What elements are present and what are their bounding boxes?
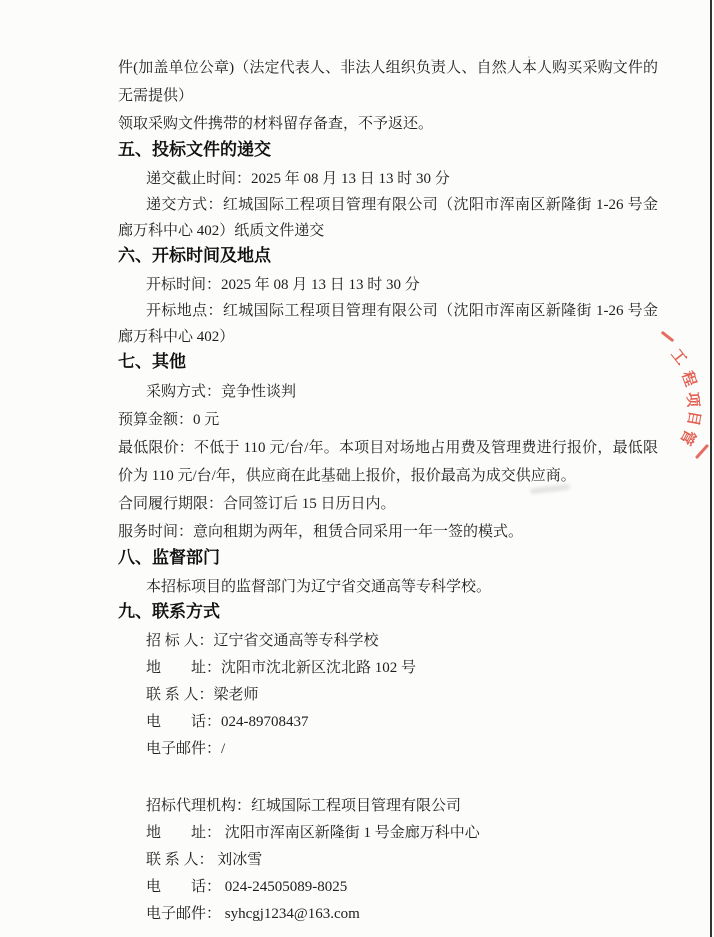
contract-period-line: 合同履行期限：合同签订后 15 日历日内。 xyxy=(118,490,658,518)
procurement-method-line: 采购方式：竞争性谈判 xyxy=(118,378,658,406)
tenderer-phone-line: 电 话：024-89708437 xyxy=(118,709,658,736)
agency-line: 招标代理机构：红城国际工程项目管理有限公司 xyxy=(118,793,658,820)
section-9-heading: 九、联系方式 xyxy=(118,600,658,624)
bid-opening-time-line: 开标时间：2025 年 08 月 13 日 13 时 30 分 xyxy=(118,272,658,298)
budget-line: 预算金额：0 元 xyxy=(118,406,658,434)
tenderer-contact-person-line: 联 系 人：梁老师 xyxy=(118,682,658,709)
agency-contact-block: 招标代理机构：红城国际工程项目管理有限公司 地 址： 沈阳市浑南区新隆街 1 号… xyxy=(118,793,658,928)
tenderer-email-line: 电子邮件：/ xyxy=(118,736,658,763)
section-8-heading: 八、监督部门 xyxy=(118,546,658,570)
scanned-document-page: 件(加盖单位公章)（法定代表人、非法人组织负责人、自然人本人购买采购文件的无需提… xyxy=(0,0,714,928)
scan-speck xyxy=(431,59,434,61)
supervision-department-line: 本招标项目的监督部门为辽宁省交通高等专科学校。 xyxy=(118,574,658,600)
minimum-price-line: 最低限价：不低于 110 元/台/年。本项目对场地占用费及管理费进行报价，最低限… xyxy=(118,434,658,490)
agency-phone-line: 电 话： 024-24505089-8025 xyxy=(118,874,658,901)
tenderer-line: 招 标 人：辽宁省交通高等专科学校 xyxy=(118,628,658,655)
intro-line-1: 件(加盖单位公章)（法定代表人、非法人组织负责人、自然人本人购买采购文件的无需提… xyxy=(118,54,658,110)
submission-deadline-line: 递交截止时间：2025 年 08 月 13 日 13 时 30 分 xyxy=(118,166,658,192)
agency-contact-person-line: 联 系 人： 刘冰雪 xyxy=(118,847,658,874)
section-7-heading: 七、其他 xyxy=(118,350,658,374)
tenderer-address-line: 地 址：沈阳市沈北新区沈北路 102 号 xyxy=(118,655,658,682)
agency-email-line: 电子邮件： syhcgj1234@163.com xyxy=(118,901,658,928)
section-7-body: 采购方式：竞争性谈判 预算金额：0 元 最低限价：不低于 110 元/台/年。本… xyxy=(118,378,658,546)
intro-line-2: 领取采购文件携带的材料留存备查，不予返还。 xyxy=(118,110,658,138)
service-time-line: 服务时间：意向租期为两年，租赁合同采用一年一签的模式。 xyxy=(118,518,658,546)
scan-speck xyxy=(528,56,530,58)
agency-address-line: 地 址： 沈阳市浑南区新隆街 1 号金廊万科中心 xyxy=(118,820,658,847)
section-5-heading: 五、投标文件的递交 xyxy=(118,138,658,162)
submission-method-line: 递交方式：红城国际工程项目管理有限公司（沈阳市浑南区新隆街 1-26 号金廊万科… xyxy=(118,192,658,244)
section-6-heading: 六、开标时间及地点 xyxy=(118,244,658,268)
bid-opening-place-line: 开标地点：红城国际工程项目管理有限公司（沈阳市浑南区新隆街 1-26 号金廊万科… xyxy=(118,298,658,350)
tenderer-contact-block: 招 标 人：辽宁省交通高等专科学校 地 址：沈阳市沈北新区沈北路 102 号 联… xyxy=(118,628,658,763)
scan-edge-line xyxy=(710,0,712,937)
